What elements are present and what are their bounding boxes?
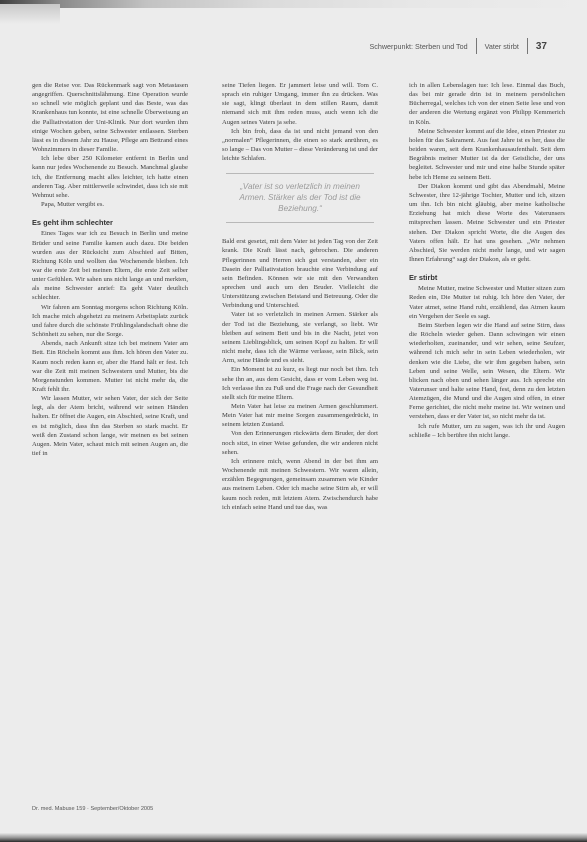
header-divider xyxy=(476,38,477,54)
paragraph: Ich lebe über 250 Kilometer entfernt in … xyxy=(32,154,188,200)
paragraph: Mein Vater hat leise zu meinen Armen ges… xyxy=(222,402,378,429)
header-section: Schwerpunkt: Sterben und Tod xyxy=(369,42,467,51)
paragraph: Beim Sterben legen wir die Hand auf sein… xyxy=(409,321,565,422)
paragraph: Abends, nach Ankunft sitze ich bei meine… xyxy=(32,339,188,394)
page-number: 37 xyxy=(536,41,547,52)
paragraph: Ich rufe Mutter, um zu sagen, was ich ih… xyxy=(409,422,565,440)
scan-edge-shadow-corner xyxy=(0,4,60,24)
paragraph: Vater ist so verletzlich in meinen Armen… xyxy=(222,310,378,365)
paragraph: Wir fahren am Sonntag morgens schon Rich… xyxy=(32,303,188,340)
paragraph: gen die Reise vor. Das Rückenmark sagt v… xyxy=(32,81,188,154)
paragraph: Meine Schwester kommt auf die Idee, eine… xyxy=(409,127,565,182)
running-header: Schwerpunkt: Sterben und Tod Vater stirb… xyxy=(369,38,547,54)
paragraph: Von den Erinnerungen rückwärts dem Brude… xyxy=(222,429,378,456)
paragraph: Wir lassen Mutter, wir sehen Vater, der … xyxy=(32,394,188,458)
paragraph: seine Tiefen liegen. Er jammert leise un… xyxy=(222,81,378,127)
text-column-2: seine Tiefen liegen. Er jammert leise un… xyxy=(222,81,378,796)
paragraph: Ich bin froh, dass da ist und nicht jema… xyxy=(222,127,378,164)
paragraph: Papa, Mutter vergibt es. xyxy=(32,200,188,209)
text-column-3: ich in allen Lebenslagen tue: Ich lese. … xyxy=(409,81,565,811)
paragraph: Bald erst gesetzt, mit dem Vater ist jed… xyxy=(222,237,378,310)
header-article: Vater stirbt xyxy=(485,42,519,51)
text-column-1: gen die Reise vor. Das Rückenmark sagt v… xyxy=(32,81,188,796)
paragraph: Eines Tages war ich zu Besuch in Berlin … xyxy=(32,229,188,302)
scan-edge-shadow-bottom xyxy=(0,833,587,842)
subheading: Es geht ihm schlechter xyxy=(32,218,188,227)
scan-edge-shadow-top xyxy=(0,0,587,8)
header-divider xyxy=(527,38,528,54)
pull-quote: „Vater ist so verletzlich in meinen Arme… xyxy=(226,173,374,223)
paragraph: Ein Moment ist zu kurz, es liegt nur noc… xyxy=(222,365,378,402)
paragraph: Ich erinnere mich, wenn Abend in der bei… xyxy=(222,457,378,512)
paragraph: Meine Mutter, meine Schwester und Mutter… xyxy=(409,284,565,321)
paragraph: ich in allen Lebenslagen tue: Ich lese. … xyxy=(409,81,565,127)
paragraph: Der Diakon kommt und gibt das Abendmahl,… xyxy=(409,182,565,264)
subheading: Er stirbt xyxy=(409,273,565,282)
page-footer: Dr. med. Mabuse 159 · September/Oktober … xyxy=(32,806,153,812)
